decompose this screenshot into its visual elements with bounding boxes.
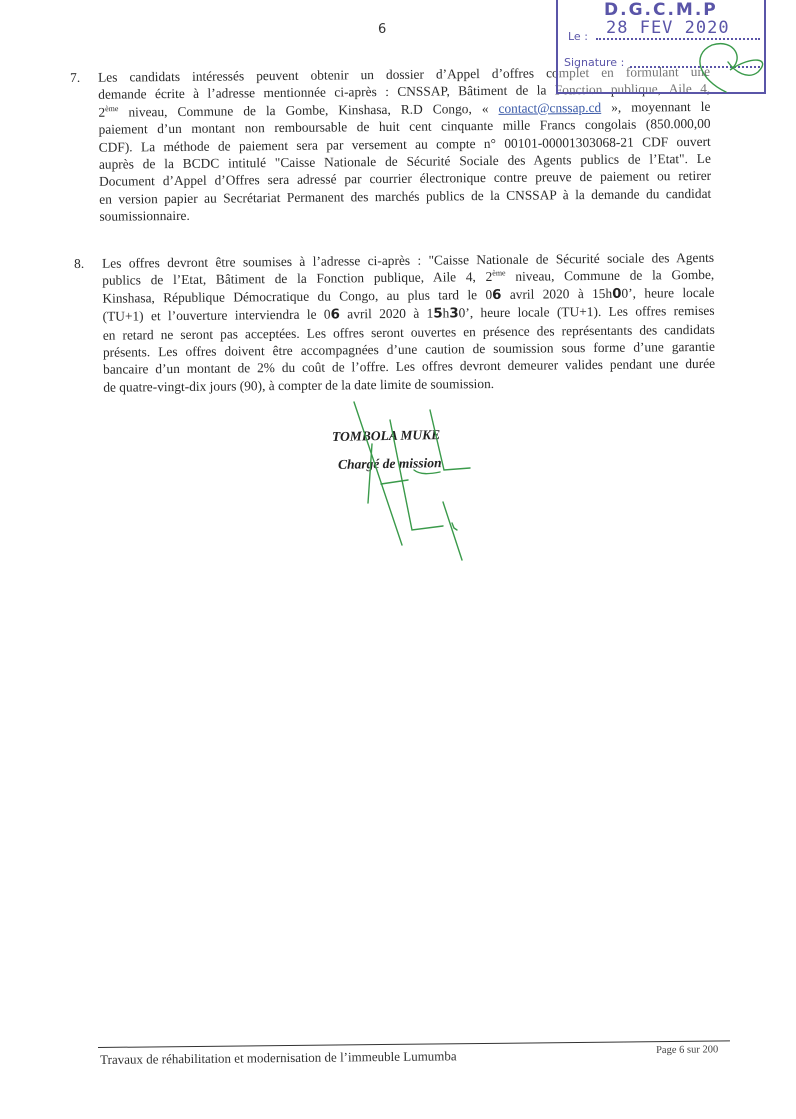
text-segment: 0’, heure locale: [621, 285, 714, 301]
text-segment: niveau, Commune de la Gombe, Kinshasa, R…: [118, 101, 498, 120]
signatory-name: TOMBOLA MUKE: [332, 427, 442, 445]
text-segment: niveau, Commune de la Gombe,: [506, 267, 715, 284]
handwritten-digit: 3: [449, 307, 458, 322]
handwritten-digit: 5: [433, 307, 442, 322]
footer-divider: [98, 1040, 730, 1048]
text-segment: (TU+1) et l’ouverture interviendra le 0: [103, 307, 331, 324]
stamp-dotted-line: [630, 66, 760, 68]
text-segment: », moyennant le: [601, 99, 710, 115]
page-number: 6: [378, 22, 386, 37]
paragraph-8: 8. Les offres devront être soumises à l’…: [74, 249, 715, 396]
ordinal-suffix: ème: [105, 104, 118, 113]
signatory-role: Chargé de mission: [338, 455, 442, 473]
text-segment: avril 2020 à 15h: [501, 286, 612, 302]
text-segment: Kinshasa, République Démocratique du Con…: [102, 287, 492, 306]
text-segment: publics de l’Etat, Bâtiment de la Foncti…: [102, 269, 485, 288]
handwritten-digit: 0: [612, 287, 621, 302]
handwritten-digit: 6: [492, 288, 501, 303]
stamp-org: D.G.C.M.P: [604, 0, 718, 20]
stamp-date: 28 FEV 2020: [606, 18, 730, 38]
paragraph-number: 8.: [74, 255, 84, 273]
reception-stamp: D.G.C.M.P 28 FEV 2020 Le : Signature :: [556, 0, 766, 94]
text-segment: 0’, heure locale (TU+1). Les offres remi…: [459, 303, 715, 320]
footer-page-count: Page 6 sur 200: [656, 1044, 718, 1056]
stamp-date-label: Le :: [568, 30, 588, 43]
email-link[interactable]: contact@cnssap.cd: [498, 100, 601, 116]
stamp-signature-label: Signature :: [564, 56, 624, 69]
stamp-dotted-line: [596, 38, 760, 40]
footer-title: Travaux de réhabilitation et modernisati…: [100, 1048, 457, 1068]
paragraph-number: 7.: [70, 69, 80, 87]
signature-block: TOMBOLA MUKE Chargé de mission: [332, 428, 442, 472]
ordinal-suffix: ème: [492, 269, 505, 278]
text-segment: avril 2020 à 1: [340, 306, 434, 322]
paragraph-body: Les offres devront être soumises à l’adr…: [102, 249, 715, 396]
